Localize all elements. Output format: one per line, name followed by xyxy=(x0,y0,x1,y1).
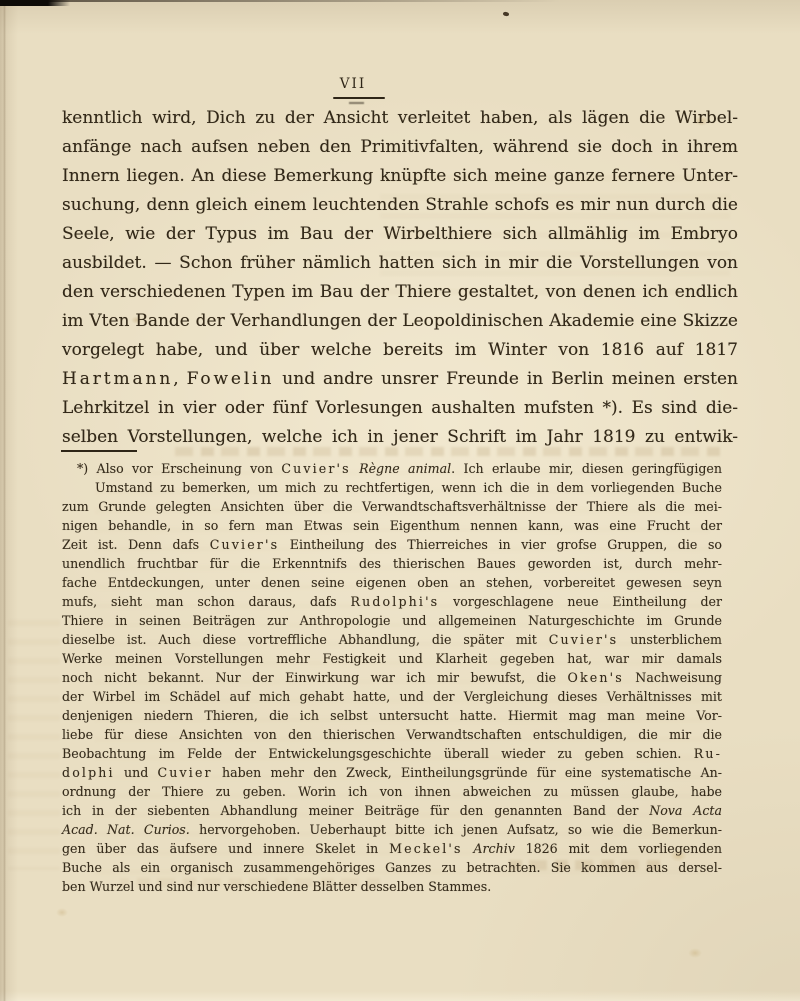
footnote-line: unendlich fruchtbar für die Erkenntnifs … xyxy=(62,554,722,573)
footnote-line: fache Entdeckungen, unter denen seine ei… xyxy=(62,573,722,592)
footnote-line: gen über das äufsere und innere Skelet i… xyxy=(62,839,722,858)
footnote-block: *) Also vor Erscheinung von Cuvier's Règ… xyxy=(62,459,722,896)
letterspaced-name: Meckel's xyxy=(389,841,463,856)
footnote-line: *) Also vor Erscheinung von Cuvier's Règ… xyxy=(62,459,722,478)
main-text-line: anfänge nach aufsen neben den Primitivfa… xyxy=(62,133,738,162)
footnote-line: dieselbe ist. Auch diese vortreffliche A… xyxy=(62,630,722,649)
letterspaced-name: Ru- xyxy=(694,746,722,761)
letterspaced-name: Fowelin xyxy=(187,369,275,389)
scan-edge-top-left xyxy=(0,0,70,6)
footnote-line: ben Wurzel und sind nur verschiedene Blä… xyxy=(62,877,722,896)
letterspaced-name: Cuvier's xyxy=(210,537,279,552)
scanned-book-page: VII kenntlich wird, Dich zu der Ansicht … xyxy=(0,0,800,1001)
footnote-line: Buche als ein organisch zusammengehörige… xyxy=(62,858,722,877)
footnote-line: Zeit ist. Denn dafs Cuvier's Eintheilung… xyxy=(62,535,722,554)
letterspaced-name: dolphi xyxy=(62,765,115,780)
footnote-separator-rule xyxy=(61,450,137,452)
footnote-line: Acad. Nat. Curios. hervorgehoben. Ueberh… xyxy=(62,820,722,839)
footnote-line: ordnung der Thiere zu geben. Worin ich v… xyxy=(62,782,722,801)
italic-text: Acad. Nat. Curios. xyxy=(62,822,190,837)
footnote-line: zum Grunde gelegten Ansichten über die V… xyxy=(62,497,722,516)
main-text-line: suchung, denn gleich einem leuchtenden S… xyxy=(62,191,738,220)
footnote-line: nigen behandle, in so fern man Etwas sei… xyxy=(62,516,722,535)
main-text-line: Hartmann, Fowelin und andre unsrer Freun… xyxy=(62,365,738,394)
footnote-line: Beobachtung im Felde der Entwickelungsge… xyxy=(62,744,722,763)
binding-crease xyxy=(3,0,6,1001)
footnote-line: Umstand zu bemerken, um mich zu rechtfer… xyxy=(62,478,722,497)
footnote-line: der Wirbel im Schädel auf mich gehabt ha… xyxy=(62,687,722,706)
page-number: VII xyxy=(322,76,384,92)
footnote-line: Werke meinen Vorstellungen mehr Festigke… xyxy=(62,649,722,668)
foxing-spot xyxy=(688,948,702,958)
footnote-line: liebe für diese Ansichten von den thieri… xyxy=(62,725,722,744)
main-text-line: ausbildet. — Schon früher nämlich hatten… xyxy=(62,249,738,278)
scan-edge-top-line xyxy=(0,0,560,2)
main-text-line: Lehrkitzel in vier oder fünf Vorlesungen… xyxy=(62,394,738,423)
main-text-line: selben Vorstellungen, welche ich in jene… xyxy=(62,423,738,452)
main-text-line: Innern liegen. An diese Bemerkung knüpft… xyxy=(62,162,738,191)
main-text-line: kenntlich wird, Dich zu der Ansicht verl… xyxy=(62,104,738,133)
main-text-line: vorgelegt habe, und über welche bereits … xyxy=(62,336,738,365)
footnote-line: mufs, sieht man schon daraus, dafs Rudol… xyxy=(62,592,722,611)
italic-text: Règne animal xyxy=(359,461,451,476)
letterspaced-name: Hartmann xyxy=(62,369,173,389)
footnote-line: noch nicht bekannt. Nur der Einwirkung w… xyxy=(62,668,722,687)
letterspaced-name: Cuvier's xyxy=(281,461,350,476)
footnote-line: dolphi und Cuvier haben mehr den Zweck, … xyxy=(62,763,722,782)
italic-text: Nova Acta xyxy=(649,803,722,818)
footnote-line: Thiere in seinen Beiträgen zur Anthropol… xyxy=(62,611,722,630)
main-text-line: den verschiedenen Typen im Bau der Thier… xyxy=(62,278,738,307)
letterspaced-name: Oken's xyxy=(568,670,624,685)
italic-text: Archiv xyxy=(473,841,514,856)
ink-speck xyxy=(503,11,510,16)
show-through-text xyxy=(8,620,60,870)
letterspaced-name: Cuvier's xyxy=(549,632,618,647)
footnote-line: denjenigen niedern Thieren, die ich selb… xyxy=(62,706,722,725)
footnote-line: ich in der siebenten Abhandlung meiner B… xyxy=(62,801,722,820)
page-number-rule xyxy=(333,97,385,99)
letterspaced-name: Rudolphi's xyxy=(350,594,439,609)
foxing-spot xyxy=(56,908,68,917)
main-text-line: Seele, wie der Typus im Bau der Wirbelth… xyxy=(62,220,738,249)
main-text-block: kenntlich wird, Dich zu der Ansicht verl… xyxy=(62,104,738,452)
letterspaced-name: Cuvier xyxy=(158,765,213,780)
main-text-line: im Vten Bande der Verhandlungen der Leop… xyxy=(62,307,738,336)
